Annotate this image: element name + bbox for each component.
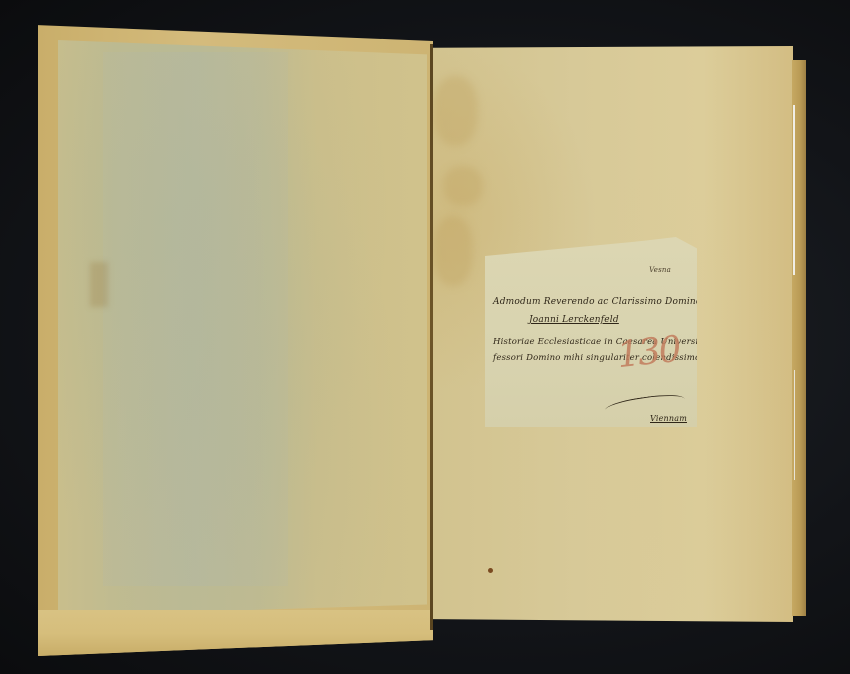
water-stain — [433, 216, 473, 286]
water-stain — [433, 76, 478, 146]
red-postal-number: 130 — [615, 330, 682, 376]
pasted-letter: Vesna Admodum Reverendo ac Clarissimo Do… — [485, 237, 697, 427]
water-stain — [443, 166, 483, 206]
faded-mark — [90, 262, 108, 307]
letter-recipient-name: Joanni Lerckenfeld — [529, 315, 619, 326]
cover-turn-in — [38, 610, 433, 656]
letter-address-line: Admodum Reverendo ac Clarissimo Domino — [493, 297, 702, 308]
discoloration-band — [103, 52, 288, 586]
inserted-leaf-edge — [793, 105, 795, 275]
inserted-leaf-edge — [794, 370, 795, 480]
inside-front-cover — [38, 22, 433, 656]
letter-destination: Viennam — [650, 413, 687, 424]
book-gutter — [430, 44, 433, 630]
letter-top-note: Vesna — [649, 265, 671, 276]
ink-spot — [488, 568, 493, 573]
